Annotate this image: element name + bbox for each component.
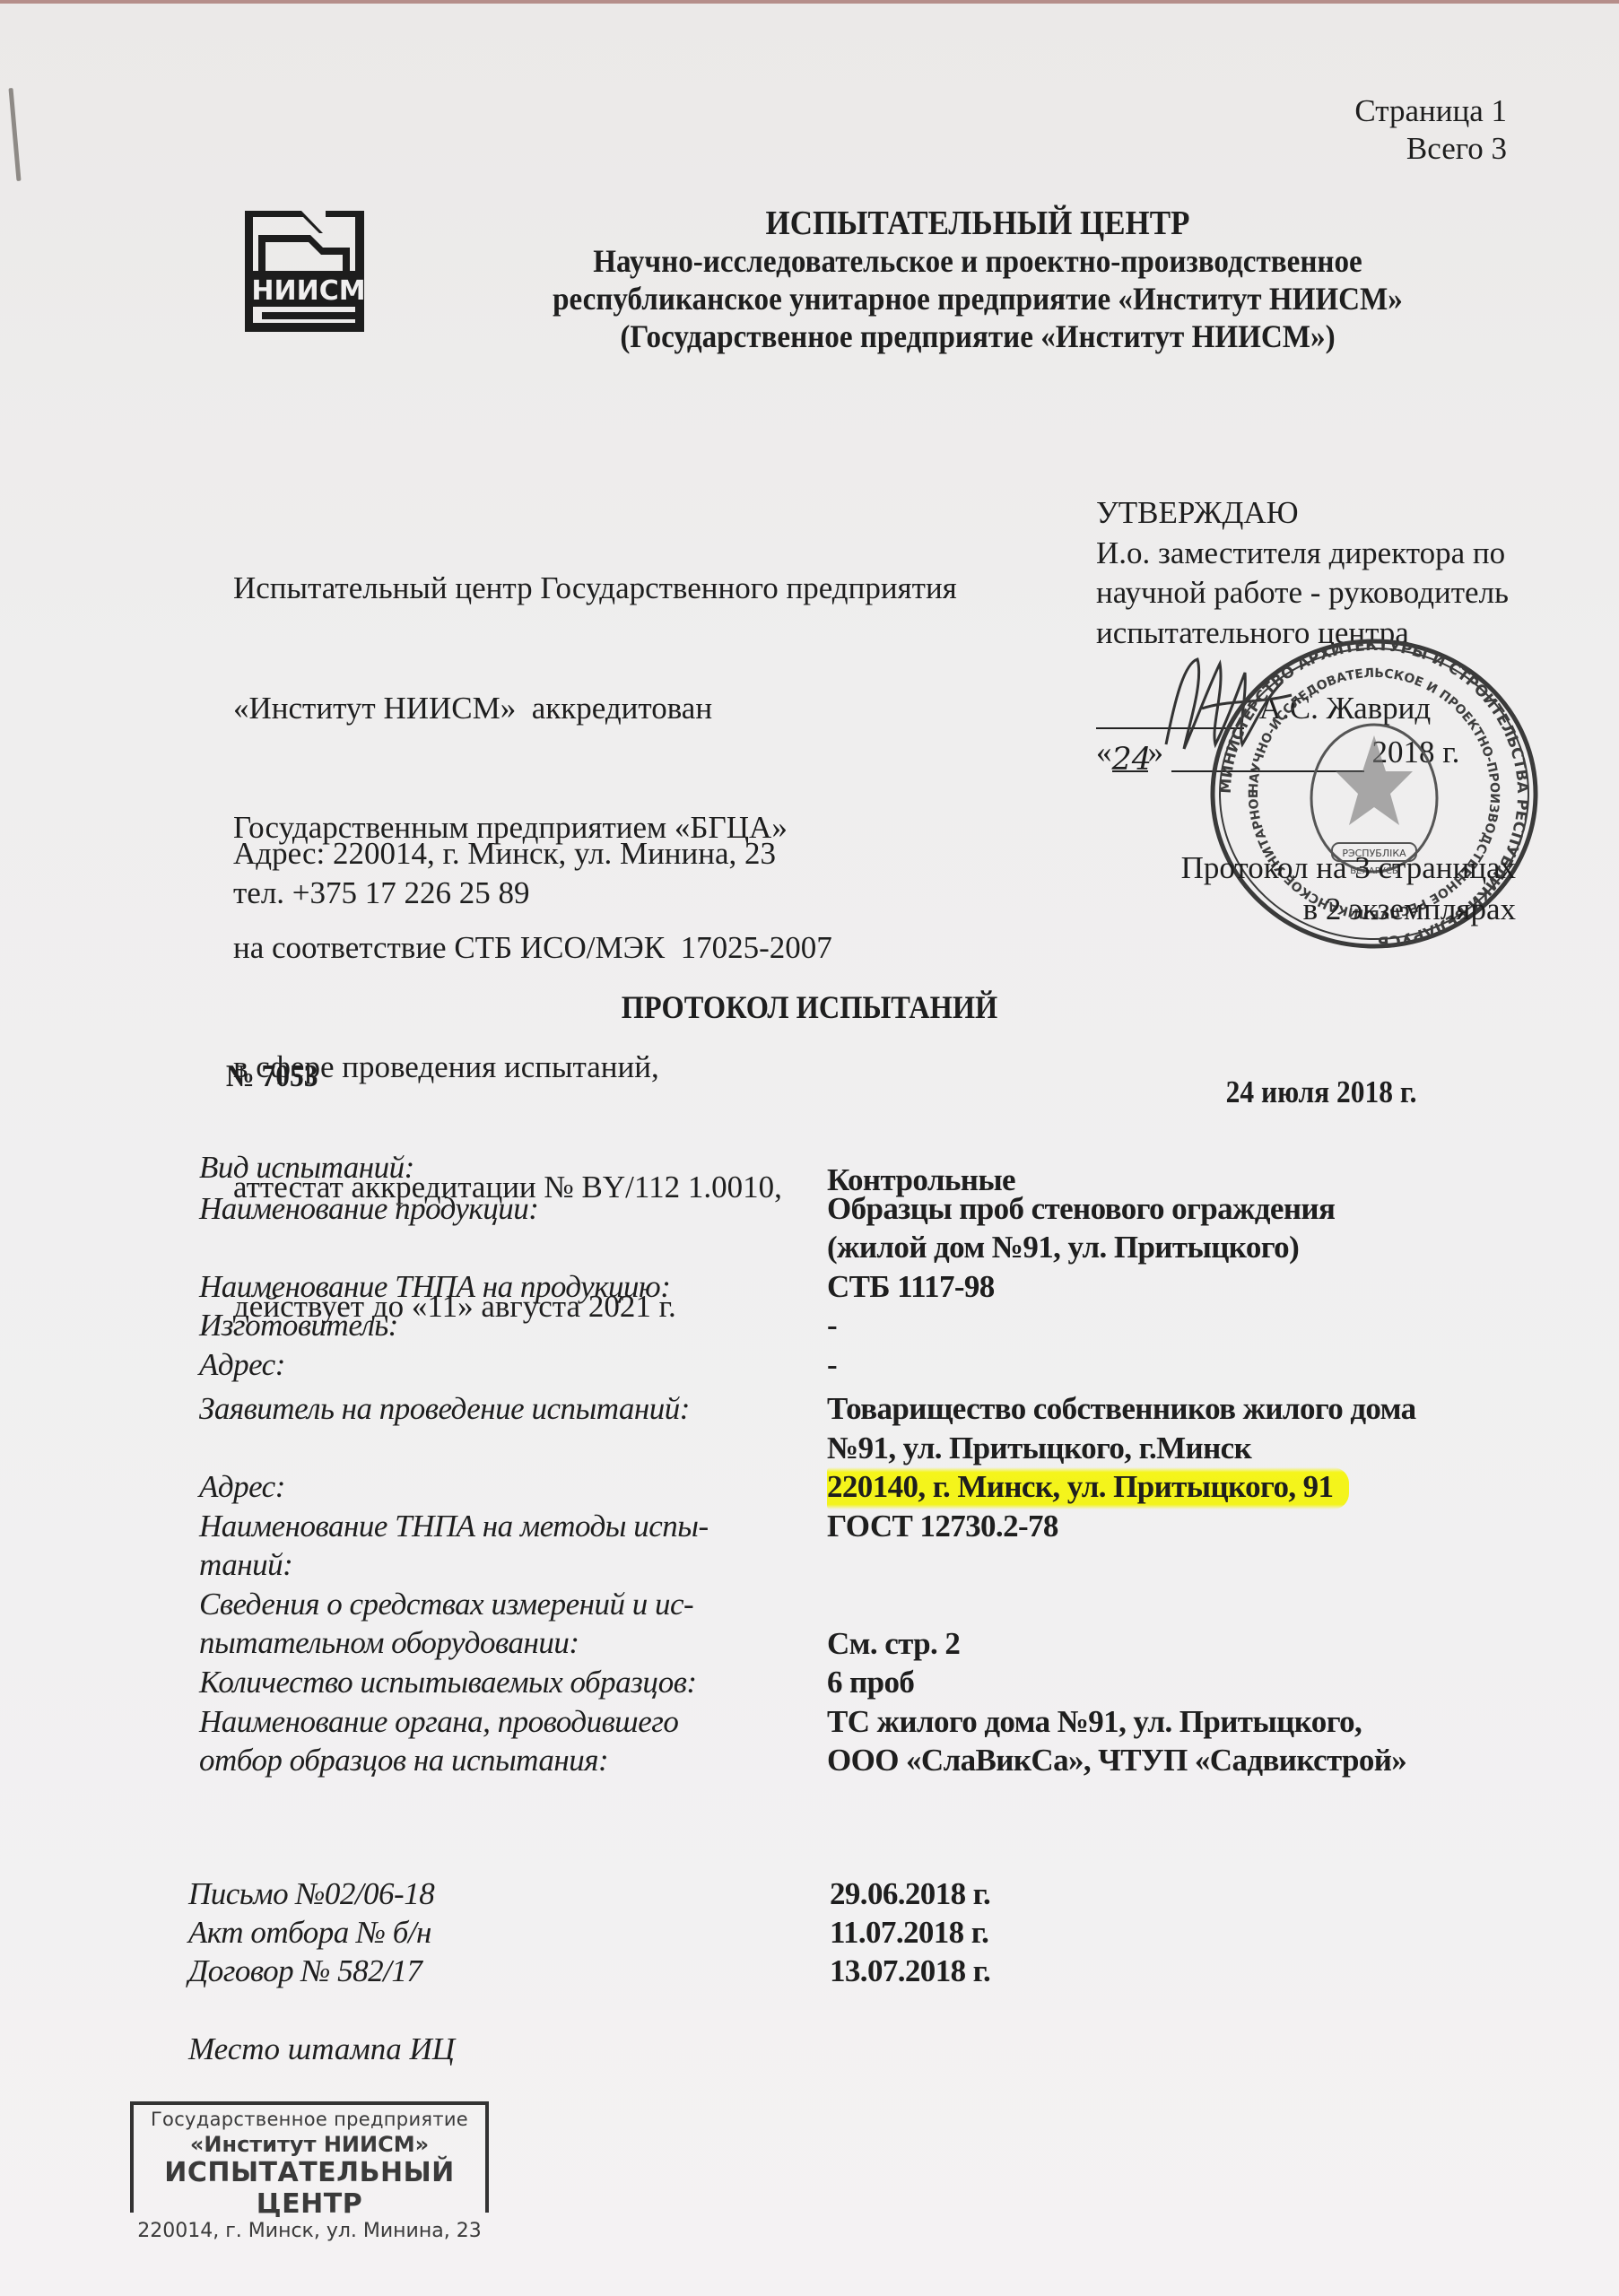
protocol-date: 24 июля 2018 г. bbox=[1226, 1074, 1417, 1110]
contact-phone: тел. +375 17 226 25 89 bbox=[233, 874, 776, 913]
reference-row: Договор № 582/17 13.07.2018 г. bbox=[188, 1952, 990, 1990]
field-row: Изготовитель: - bbox=[199, 1306, 1455, 1345]
field-row: Наименование продукции: Образцы проб сте… bbox=[199, 1189, 1455, 1267]
reference-row: Акт отбора № б/н 11.07.2018 г. bbox=[188, 1913, 990, 1952]
svg-text:НИИСМ: НИИСМ bbox=[251, 275, 365, 307]
accreditation-line: на соответствие СТБ ИСО/МЭК 17025-2007 bbox=[233, 928, 957, 969]
reference-row: Письмо №02/06-18 29.06.2018 г. bbox=[188, 1874, 990, 1913]
page-counter: Страница 1 Всего 3 bbox=[1354, 92, 1507, 168]
institute-header: ИСПЫТАТЕЛЬНЫЙ ЦЕНТР Научно-исследователь… bbox=[457, 204, 1497, 355]
references-block: Письмо №02/06-18 29.06.2018 г. Акт отбор… bbox=[188, 1874, 990, 1990]
photo-top-edge bbox=[0, 0, 1619, 4]
field-row: Количество испытываемых образцов: 6 проб bbox=[199, 1663, 1455, 1702]
protocol-title: ПРОТОКОЛ ИСПЫТАНИЙ bbox=[81, 988, 1538, 1026]
contact-address: Адрес: 220014, г. Минск, ул. Минина, 23 bbox=[233, 834, 776, 874]
field-row: Адрес: 220140, г. Минск, ул. Притыцкого,… bbox=[199, 1467, 1455, 1507]
field-row: Адрес: - bbox=[199, 1345, 1455, 1385]
field-row: Наименование органа, проводившегоотбор о… bbox=[199, 1702, 1455, 1780]
field-row: Заявитель на проведение испытаний: Товар… bbox=[199, 1389, 1455, 1467]
pencil-mark bbox=[8, 88, 21, 181]
protocol-number: № 7053 bbox=[226, 1058, 318, 1094]
header-line-2: республиканское унитарное предприятие «И… bbox=[457, 280, 1497, 317]
accreditation-line: в сфере проведения испытаний, bbox=[233, 1048, 957, 1088]
niism-logo-icon: НИИСМ bbox=[240, 206, 375, 341]
approval-position: научной работе - руководитель bbox=[1096, 573, 1562, 613]
field-row: Наименование ТНПА на продукцию: СТБ 1117… bbox=[199, 1267, 1455, 1307]
contact-block: Адрес: 220014, г. Минск, ул. Минина, 23 … bbox=[233, 834, 776, 913]
accreditation-line: Испытательный центр Государственного пре… bbox=[233, 569, 957, 609]
header-title: ИСПЫТАТЕЛЬНЫЙ ЦЕНТР bbox=[457, 204, 1497, 242]
highlighted-address: 220140, г. Минск, ул. Притыцкого, 91 bbox=[827, 1467, 1349, 1509]
approval-position: И.о. заместителя директора по bbox=[1096, 534, 1562, 574]
rectangular-stamp: Государственное предприятие «Институт НИ… bbox=[130, 2101, 489, 2213]
protocol-fields: Вид испытаний: Контрольные Наименование … bbox=[199, 1148, 1455, 1780]
pages-note: Протокол на 3 страницах в 2 экземплярах bbox=[1181, 848, 1516, 930]
field-row: Сведения о средствах измерений и ис-пыта… bbox=[199, 1585, 1455, 1664]
accreditation-line: «Институт НИИСМ» аккредитован bbox=[233, 689, 957, 729]
page-total: Всего 3 bbox=[1354, 130, 1507, 168]
approval-heading: УТВЕРЖДАЮ bbox=[1096, 493, 1562, 534]
approval-day: 24 bbox=[1112, 740, 1148, 772]
stamp-place-label: Место штампа ИЦ bbox=[188, 2031, 455, 2067]
field-row: Наименование ТНПА на методы испы-таний: … bbox=[199, 1507, 1455, 1585]
page-number: Страница 1 bbox=[1354, 92, 1507, 130]
header-line-1: Научно-исследовательское и проектно-прои… bbox=[457, 242, 1497, 280]
header-line-3: (Государственное предприятие «Институт Н… bbox=[457, 317, 1497, 355]
